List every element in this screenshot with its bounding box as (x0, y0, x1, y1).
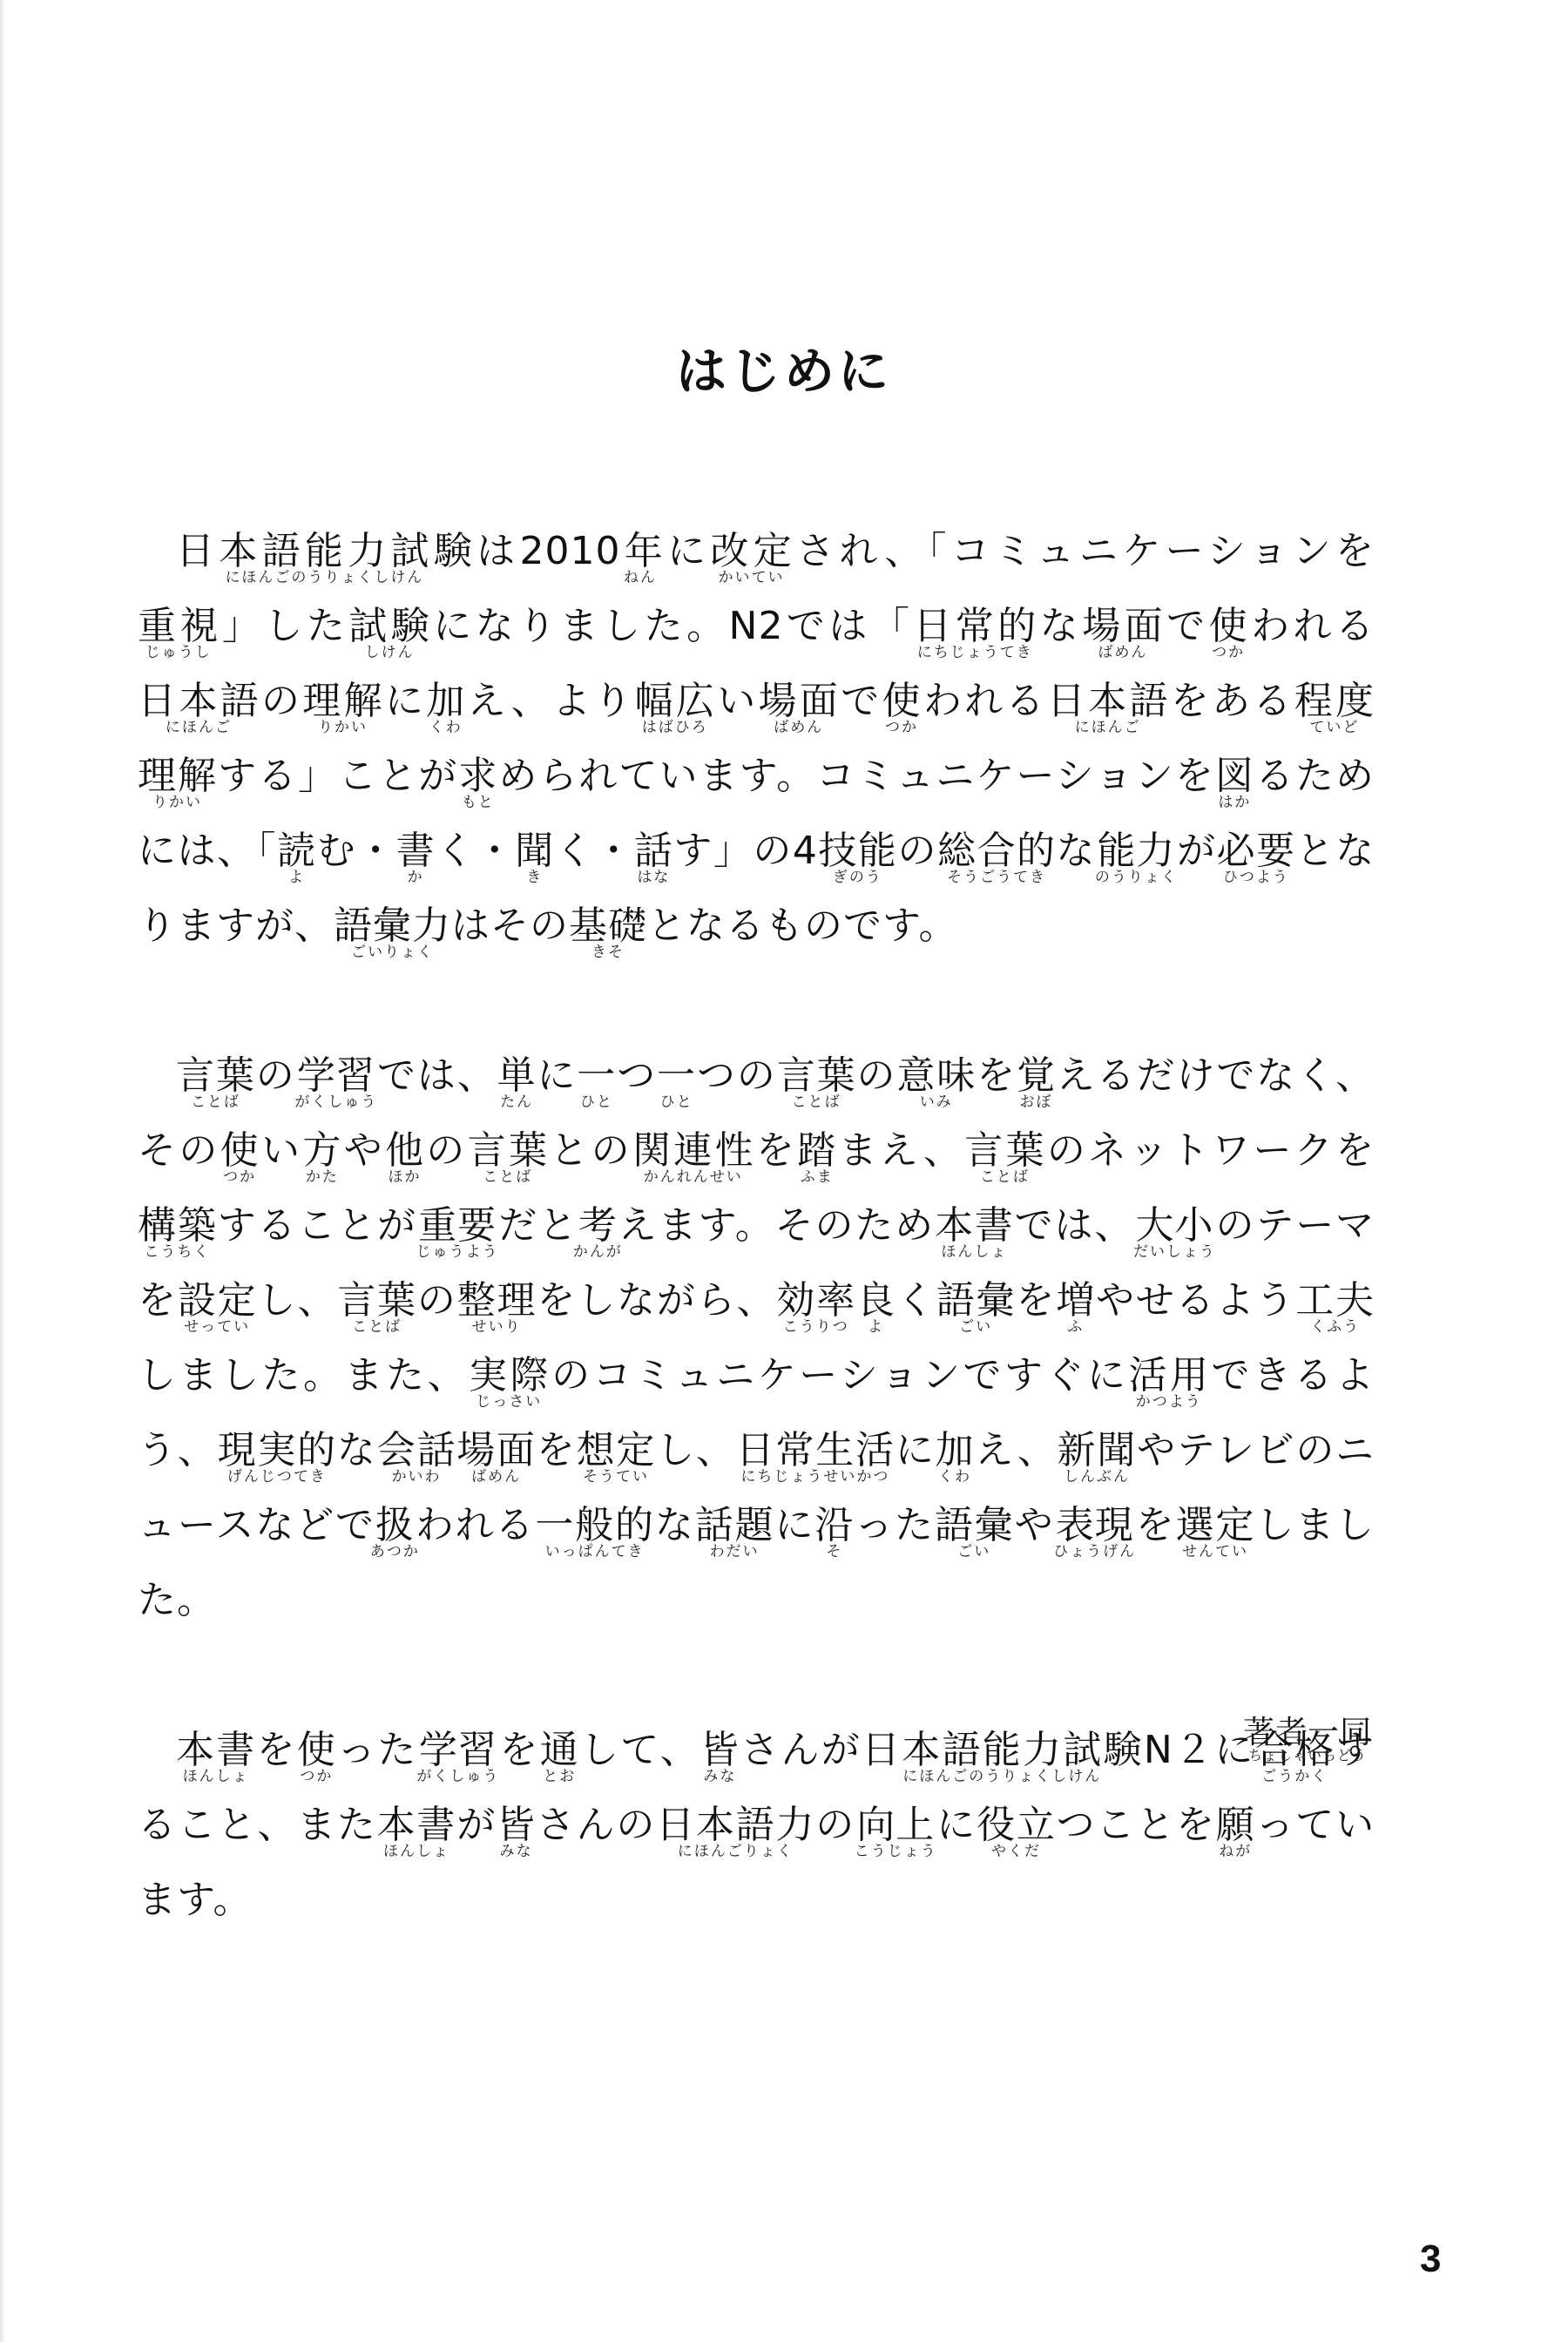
furigana-word: 工夫くふう (1295, 1278, 1375, 1323)
furigana-reading: つか (1209, 644, 1248, 661)
furigana-reading: もと (458, 794, 497, 811)
furigana-reading: ほんしょ (377, 1843, 456, 1860)
furigana-reading: き (515, 869, 554, 886)
furigana-reading: ごいりょく (334, 944, 451, 961)
furigana-word: 言葉ことば (468, 1128, 551, 1173)
furigana-reading: にちじょうてき (913, 644, 1037, 661)
author-signature: 著者一同ちょしゃいちどう (1243, 1708, 1372, 1762)
furigana-reading: かた (302, 1168, 341, 1186)
furigana-word: 言葉ことば (176, 1053, 256, 1098)
furigana-reading: ばめん (1082, 644, 1163, 661)
furigana-reading: はばひろ (635, 719, 715, 736)
furigana-reading: ことば (964, 1168, 1044, 1186)
furigana-word: 実際じっさい (469, 1353, 551, 1398)
furigana-word: 年ねん (620, 529, 667, 573)
furigana-reading: かいわ (377, 1468, 456, 1486)
furigana-reading: はか (1215, 794, 1254, 811)
furigana-word: 試験しけん (348, 604, 433, 648)
furigana-reading: ことば (337, 1318, 416, 1336)
furigana-reading: ばめん (456, 1468, 536, 1486)
furigana-reading: とお (540, 1768, 579, 1785)
furigana-word: 扱あつか (375, 1503, 415, 1547)
furigana-reading: ひと (657, 1093, 696, 1111)
furigana-word: 選定せんてい (1176, 1503, 1256, 1547)
furigana-reading: こうちく (138, 1243, 217, 1261)
furigana-word: 加くわ (936, 1428, 976, 1472)
furigana-reading: ひと (577, 1093, 616, 1111)
furigana-word: 会話かいわ (377, 1428, 457, 1472)
furigana-reading: ねん (620, 569, 659, 586)
furigana-reading: じゅうよう (416, 1243, 499, 1261)
furigana-reading: にちじょうせいかつ (736, 1468, 895, 1486)
furigana-word: 想定そうてい (577, 1428, 657, 1472)
furigana-reading: ちょしゃいちどう (1243, 1747, 1372, 1763)
furigana-word: 学習がくしゅう (296, 1053, 377, 1098)
page-number: 3 (1420, 2237, 1441, 2281)
furigana-word: 効率こうりつ (776, 1278, 856, 1323)
furigana-word: 言葉ことば (964, 1128, 1047, 1173)
furigana-word: 日本語能力試験にほんごのうりょくしけん (862, 1728, 1144, 1772)
furigana-word: 本書ほんしょ (377, 1803, 457, 1847)
furigana-word: 意味いみ (896, 1053, 977, 1098)
furigana-word: 日常生活にちじょうせいかつ (736, 1428, 896, 1472)
furigana-reading: にほんご (1047, 719, 1169, 736)
furigana-word: 日本語にほんご (1047, 679, 1171, 723)
furigana-word: 著者一同ちょしゃいちどう (1243, 1715, 1372, 1750)
furigana-reading: りかい (138, 794, 217, 811)
furigana-reading: ごい (936, 1318, 1016, 1336)
furigana-reading: ことば (468, 1168, 548, 1186)
furigana-reading: せんてい (1176, 1543, 1255, 1560)
furigana-reading: そうごうてき (937, 869, 1056, 886)
foreword-body: 日本語能力試験にほんごのうりょくしけんは2010年ねんに改定かいていされ、「コミ… (138, 514, 1375, 1938)
furigana-word: 皆みな (700, 1728, 740, 1772)
furigana-word: 本書ほんしょ (176, 1728, 257, 1772)
furigana-word: 語彙ごい (936, 1278, 1017, 1323)
furigana-word: 使つか (882, 679, 923, 723)
furigana-word: 構築こうちく (138, 1203, 218, 1248)
furigana-word: 語彙ごい (935, 1503, 1015, 1547)
furigana-reading: ほんしょ (935, 1243, 1014, 1261)
furigana-word: 語彙力ごいりょく (334, 904, 451, 948)
furigana-word: 新聞しんぶん (1058, 1428, 1138, 1472)
furigana-reading: しんぶん (1058, 1468, 1137, 1486)
furigana-word: 現実的げんじつてき (218, 1428, 337, 1472)
furigana-reading: ていど (1294, 719, 1375, 736)
furigana-word: 言葉ことば (777, 1053, 857, 1098)
furigana-reading: あつか (370, 1543, 420, 1560)
furigana-reading: つか (882, 719, 922, 736)
furigana-word: 書か (396, 829, 436, 873)
furigana-reading: かんれんせい (632, 1168, 754, 1186)
furigana-reading: よ (856, 1318, 896, 1336)
furigana-reading: か (396, 869, 436, 886)
furigana-reading: しけん (348, 644, 429, 661)
furigana-word: 加くわ (426, 679, 467, 723)
furigana-word: 重要じゅうよう (417, 1203, 498, 1248)
furigana-reading: くわ (426, 719, 465, 736)
furigana-reading: やくだ (977, 1843, 1056, 1860)
furigana-reading: にほんごのうりょくしけん (176, 569, 473, 586)
furigana-word: 読よ (277, 829, 317, 873)
furigana-reading: くわ (936, 1468, 975, 1486)
furigana-word: 増ふ (1056, 1278, 1096, 1323)
furigana-reading: ねが (1216, 1843, 1255, 1860)
furigana-word: 能力のうりょく (1096, 829, 1177, 873)
furigana-word: 場面ばめん (1082, 604, 1166, 648)
furigana-reading: ほか (385, 1168, 424, 1186)
paragraph-3: 本書ほんしょを使つかった学習がくしゅうを通とおして、皆みなさんが日本語能力試験に… (138, 1713, 1375, 1938)
furigana-word: 一般的いっぱんてき (535, 1503, 655, 1547)
furigana-word: 基礎きそ (569, 904, 647, 948)
furigana-reading: ひつよう (1217, 869, 1296, 886)
furigana-reading: ごい (935, 1543, 1014, 1560)
furigana-word: 一ひと (657, 1053, 697, 1098)
furigana-word: 皆みな (497, 1803, 537, 1847)
paragraph-1: 日本語能力試験にほんごのうりょくしけんは2010年ねんに改定かいていされ、「コミ… (138, 514, 1375, 964)
furigana-reading: ことば (777, 1093, 856, 1111)
furigana-word: 図はか (1215, 754, 1255, 798)
furigana-word: 必要ひつよう (1217, 829, 1296, 873)
paragraph-2: 言葉ことばの学習がくしゅうでは、単たんに一ひとつ一ひとつの言葉ことばの意味いみを… (138, 1039, 1375, 1638)
furigana-word: 総合的そうごうてき (937, 829, 1057, 873)
furigana-reading: かんが (573, 1243, 623, 1261)
furigana-word: 一ひと (577, 1053, 617, 1098)
furigana-reading: みな (497, 1843, 536, 1860)
furigana-reading: じっさい (469, 1393, 550, 1411)
furigana-word: 技能ぎのう (818, 829, 898, 873)
furigana-word: 聞き (515, 829, 555, 873)
furigana-word: 大小だいしょう (1134, 1203, 1215, 1248)
furigana-reading: みな (700, 1768, 740, 1785)
furigana-reading: せいり (457, 1318, 537, 1336)
furigana-reading: ふま (797, 1168, 836, 1186)
furigana-word: 話はな (634, 829, 674, 873)
furigana-reading: にほんごりょく (656, 1843, 814, 1860)
furigana-word: 学習がくしゅう (418, 1728, 499, 1772)
furigana-reading: ふ (1056, 1318, 1095, 1336)
furigana-word: 使つか (220, 1128, 261, 1173)
furigana-word: 話題わだい (695, 1503, 775, 1547)
furigana-reading: ひょうげん (1053, 1543, 1136, 1560)
furigana-word: 日本語力にほんごりょく (656, 1803, 815, 1847)
furigana-word: 整理せいり (457, 1278, 537, 1323)
furigana-reading: ばめん (759, 719, 839, 736)
furigana-reading: いみ (896, 1093, 976, 1111)
furigana-word: 覚おぼ (1017, 1053, 1057, 1098)
furigana-word: 考かんが (578, 1203, 618, 1248)
furigana-reading: ごうかく (1255, 1768, 1335, 1785)
furigana-reading: ほんしょ (176, 1768, 255, 1785)
furigana-reading: がくしゅう (294, 1093, 377, 1111)
furigana-reading: そ (814, 1543, 854, 1560)
furigana-word: 日本語にほんご (138, 679, 261, 723)
furigana-word: 設定せってい (178, 1278, 258, 1323)
furigana-reading: りかい (302, 719, 382, 736)
furigana-word: 場面ばめん (456, 1428, 537, 1472)
furigana-word: 使つか (1209, 604, 1251, 648)
furigana-reading: じゅうし (138, 644, 219, 661)
furigana-reading: くふう (1295, 1318, 1375, 1336)
furigana-reading: そうてい (577, 1468, 656, 1486)
furigana-reading: つか (297, 1768, 336, 1785)
furigana-word: 改定かいてい (710, 529, 796, 573)
furigana-reading: いっぱんてき (535, 1543, 654, 1560)
furigana-reading: ぎのう (818, 869, 897, 886)
furigana-reading: おぼ (1017, 1093, 1056, 1111)
furigana-word: 関連性かんれんせい (632, 1128, 756, 1173)
furigana-word: 単たん (497, 1053, 537, 1098)
furigana-reading: わだい (695, 1543, 774, 1560)
furigana-word: 活用かつよう (1129, 1353, 1212, 1398)
furigana-word: 幅広はばひろ (635, 679, 718, 723)
furigana-reading: かつよう (1129, 1393, 1210, 1411)
furigana-word: 良よ (856, 1278, 896, 1323)
furigana-reading: こうじょう (855, 1843, 937, 1860)
furigana-reading: げんじつてき (218, 1468, 337, 1486)
furigana-word: 踏ふま (797, 1128, 838, 1173)
furigana-reading: よ (277, 869, 316, 886)
furigana-word: 理解りかい (302, 679, 385, 723)
furigana-reading: だいしょう (1133, 1243, 1216, 1261)
furigana-word: 方かた (302, 1128, 343, 1173)
furigana-word: 使つか (297, 1728, 337, 1772)
furigana-word: 日常的にちじょうてき (913, 604, 1039, 648)
furigana-word: 向上こうじょう (855, 1803, 936, 1847)
furigana-word: 他ほか (385, 1128, 426, 1173)
furigana-word: 理解りかい (138, 754, 218, 798)
furigana-word: 通とお (540, 1728, 580, 1772)
page-title: はじめに (0, 330, 1568, 403)
furigana-word: 求もと (458, 754, 498, 798)
furigana-word: 重視じゅうし (138, 604, 222, 648)
furigana-reading: にほんご (138, 719, 260, 736)
furigana-reading: はな (634, 869, 673, 886)
furigana-reading: きそ (569, 944, 647, 961)
furigana-reading: つか (220, 1168, 260, 1186)
furigana-word: 日本語能力試験にほんごのうりょくしけん (176, 529, 476, 573)
furigana-word: 表現ひょうげん (1054, 1503, 1135, 1547)
furigana-reading: がくしゅう (416, 1768, 499, 1785)
furigana-word: 場面ばめん (759, 679, 841, 723)
furigana-reading: こうりつ (776, 1318, 855, 1336)
furigana-word: 言葉ことば (337, 1278, 417, 1323)
furigana-reading: かいてい (710, 569, 792, 586)
furigana-word: 願ねが (1216, 1803, 1256, 1847)
furigana-word: 役立やくだ (977, 1803, 1057, 1847)
furigana-word: 本書ほんしょ (935, 1203, 1015, 1248)
furigana-reading: のうりょく (1095, 869, 1178, 886)
furigana-reading: たん (497, 1093, 537, 1111)
furigana-reading: ことば (176, 1093, 255, 1111)
furigana-word: 程度ていど (1294, 679, 1375, 723)
furigana-reading: せってい (178, 1318, 257, 1336)
furigana-word: 沿そ (814, 1503, 855, 1547)
furigana-reading: にほんごのうりょくしけん (862, 1768, 1143, 1785)
